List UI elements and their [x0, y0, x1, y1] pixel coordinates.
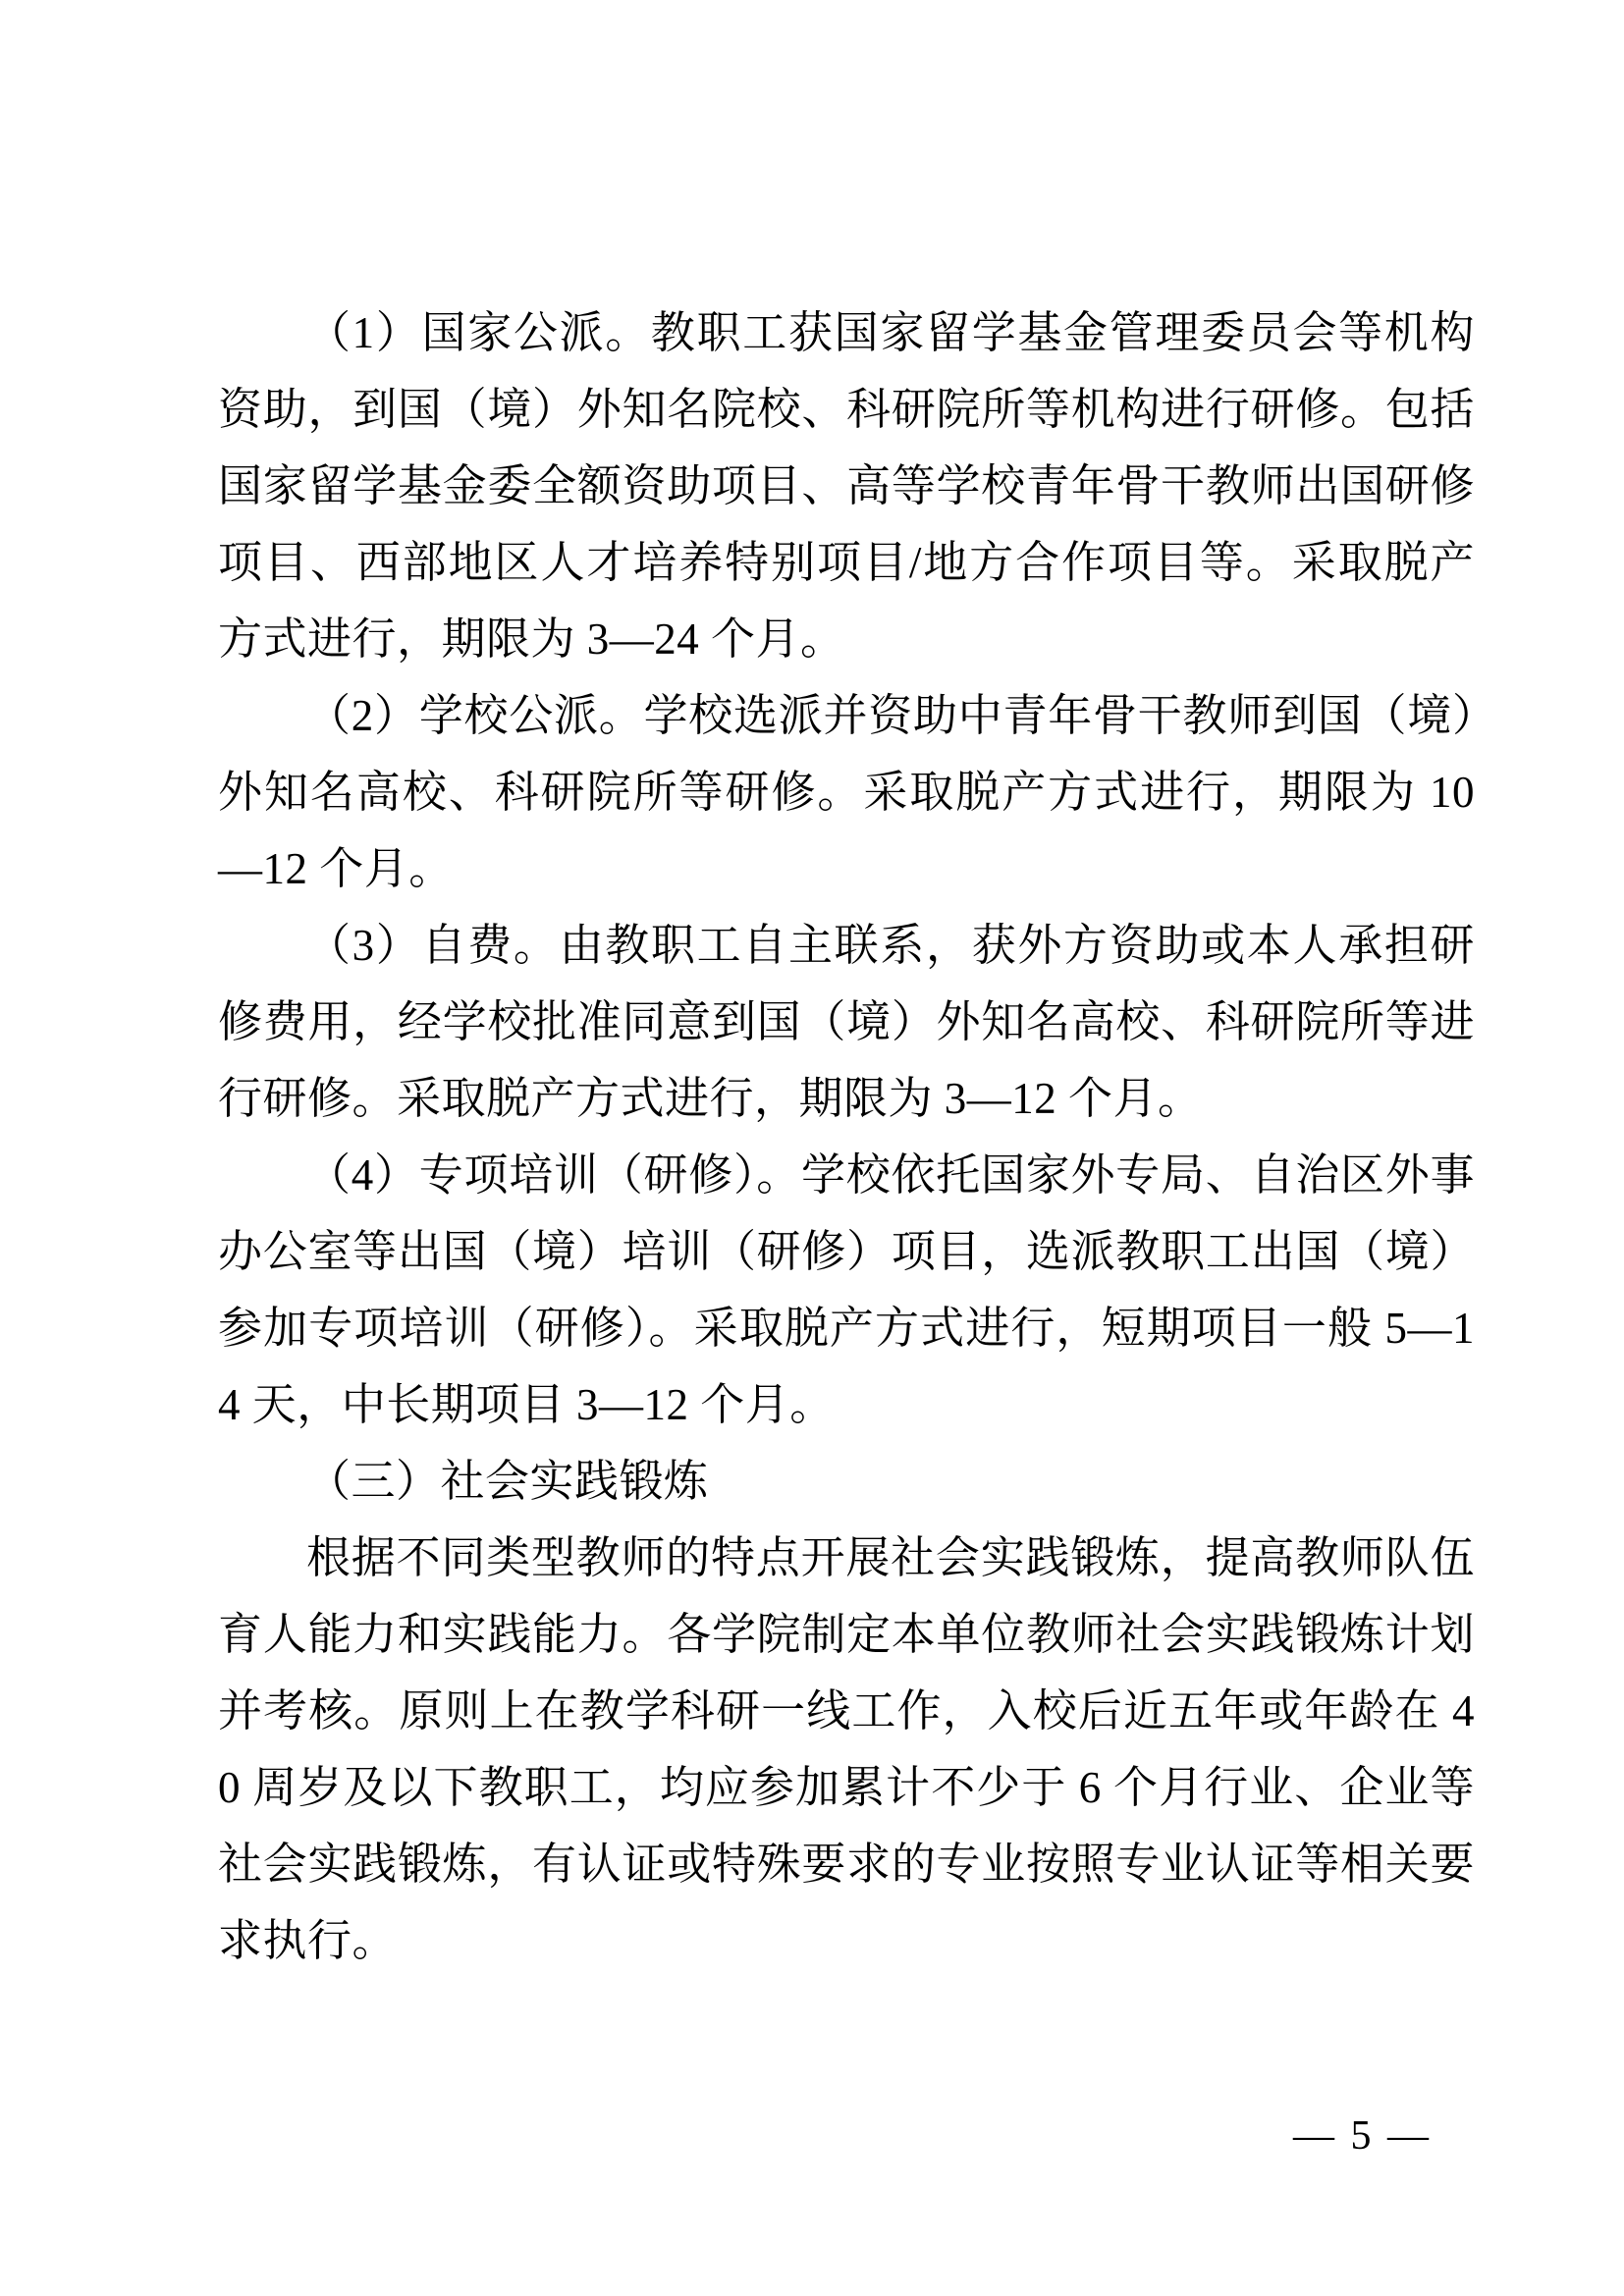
section-heading-social-practice: （三）社会实践锻炼 [218, 1443, 1475, 1520]
paragraph-national-sponsored-program: （1）国家公派。教职工获国家留学基金管理委员会等机构资助，到国（境）外知名院校、… [218, 294, 1475, 677]
paragraph-special-training-program: （4）专项培训（研修）。学校依托国家外专局、自治区外事办公室等出国（境）培训（研… [218, 1137, 1475, 1443]
paragraph-school-sponsored-program: （2）学校公派。学校选派并资助中青年骨干教师到国（境）外知名高校、科研院所等研修… [218, 677, 1475, 907]
paragraph-self-funded-program: （3）自费。由教职工自主联系，获外方资助或本人承担研修费用，经学校批准同意到国（… [218, 907, 1475, 1137]
page-number: — 5 — [1293, 2112, 1432, 2160]
paragraph-social-practice-detail: 根据不同类型教师的特点开展社会实践锻炼，提高教师队伍育人能力和实践能力。各学院制… [218, 1520, 1475, 1979]
document-body: （1）国家公派。教职工获国家留学基金管理委员会等机构资助，到国（境）外知名院校、… [218, 294, 1475, 1979]
document-page: （1）国家公派。教职工获国家留学基金管理委员会等机构资助，到国（境）外知名院校、… [0, 0, 1624, 2296]
